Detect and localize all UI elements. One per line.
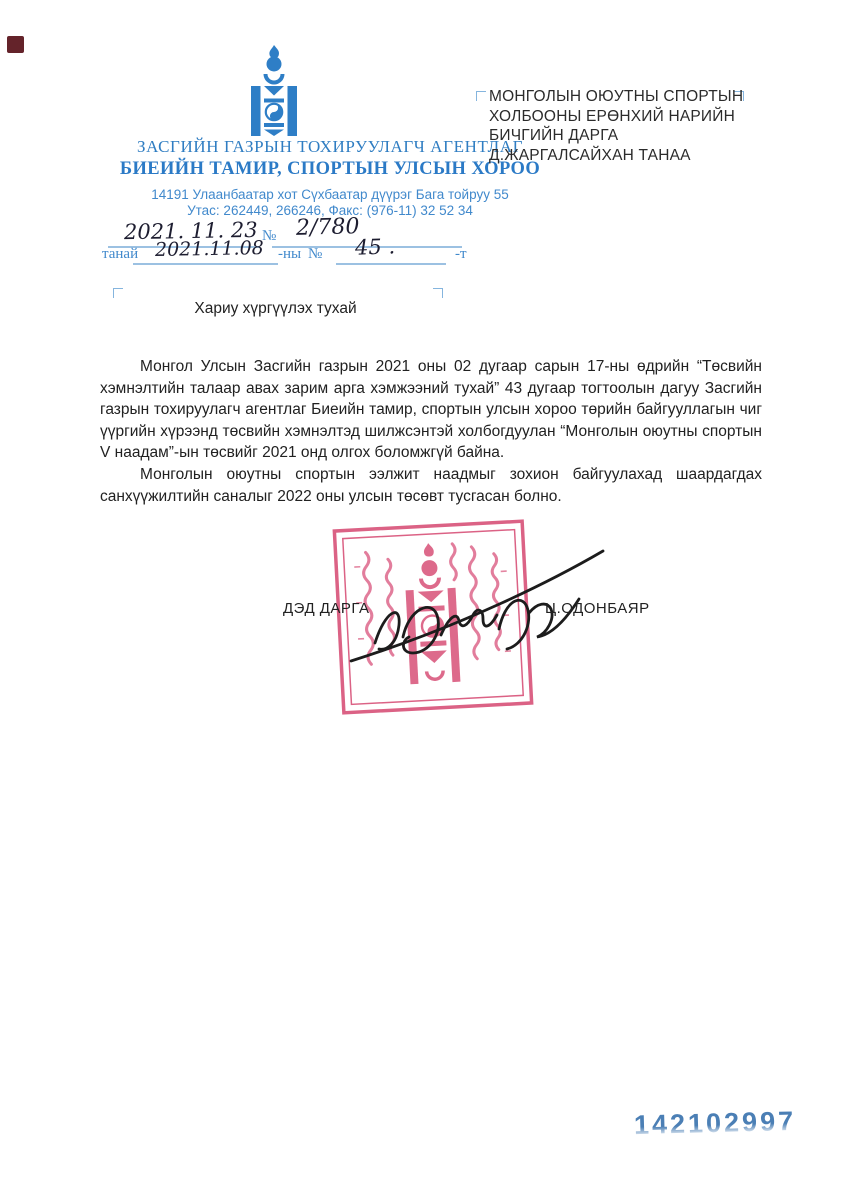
signature-name: Ц.ОДОНБАЯР (545, 600, 650, 617)
corner-punch-mark (7, 36, 24, 53)
ref-underline (133, 263, 278, 265)
recipient-bracket-open (476, 91, 486, 101)
recipient-line: ХОЛБООНЫ ЕРӨНХИЙ НАРИЙН (489, 107, 749, 127)
address-line1: 14191 Улаанбаатар хот Сүхбаатар дүүрэг Б… (95, 187, 565, 203)
doc-number-stamp: 142102997 (634, 1106, 797, 1141)
your-ref-number-handwritten: 45 . (355, 234, 396, 259)
ref-number-handwritten: 2/780 (296, 214, 360, 241)
subject-bracket-open (113, 288, 123, 298)
subject-bracket-close (433, 288, 443, 298)
recipient-block: МОНГОЛЫН ОЮУТНЫ СПОРТЫН ХОЛБООНЫ ЕРӨНХИЙ… (489, 87, 749, 165)
signature-title: ДЭД ДАРГА (283, 600, 370, 617)
soyombo-logo-icon (251, 44, 297, 136)
body-paragraph-1: Монгол Улсын Засгийн газрын 2021 оны 02 … (100, 356, 762, 464)
ny-suffix-label: -ны (278, 246, 301, 263)
recipient-line: МОНГОЛЫН ОЮУТНЫ СПОРТЫН (489, 87, 749, 107)
recipient-line: Д.ЖАРГАЛСАЙХАН ТАНАА (489, 146, 749, 166)
your-ref-number-label: № (308, 246, 322, 263)
your-ref-date-handwritten: 2021.11.08 (155, 237, 264, 261)
t-suffix-label: -т (455, 246, 467, 263)
ref-underline (336, 263, 446, 265)
letter-body: Монгол Улсын Засгийн газрын 2021 оны 02 … (100, 356, 762, 507)
subject-title: Хариу хүргүүлэх тухай (113, 300, 438, 318)
body-paragraph-2: Монголын оюутны спортын ээлжит наадмыг з… (100, 464, 762, 507)
your-ref-label: танай (102, 246, 138, 263)
scanned-letter-page: ЗАСГИЙН ГАЗРЫН ТОХИРУУЛАГЧ АГЕНТЛАГ БИЕИ… (0, 0, 848, 1200)
ref-number-label: № (262, 228, 276, 245)
recipient-line: БИЧГИЙН ДАРГА (489, 126, 749, 146)
